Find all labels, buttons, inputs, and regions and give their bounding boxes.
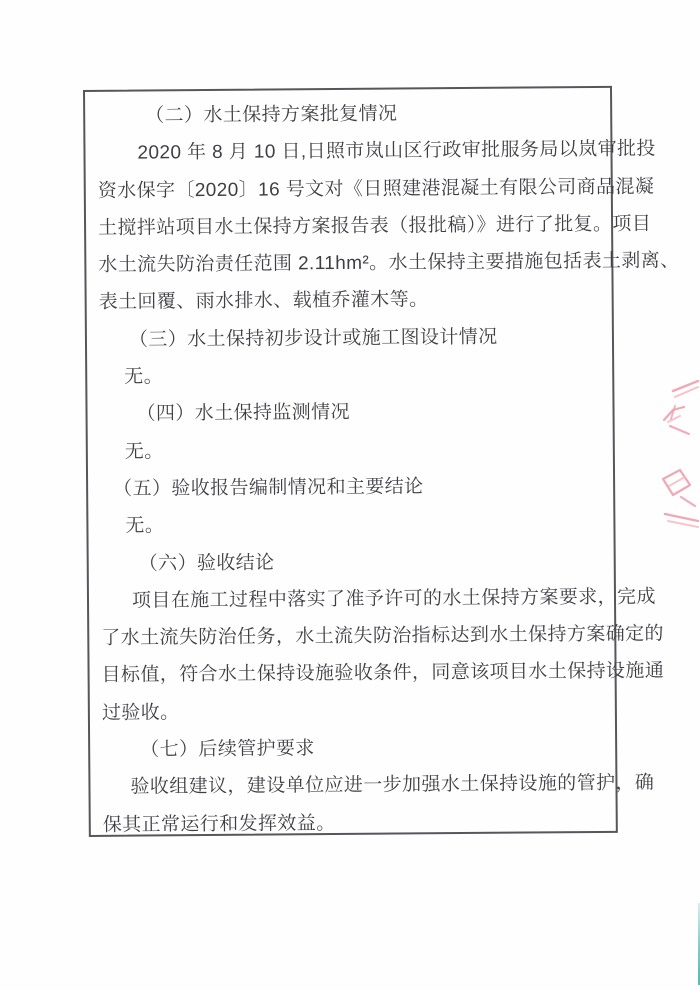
red-seal-edge-icon (645, 375, 700, 535)
approval-paragraph-line: 表土回覆、雨水排水、载植乔灌木等。 (99, 280, 600, 321)
section-7-heading: （七）后续管护要求 (140, 728, 603, 769)
section-6-heading: （六）验收结论 (139, 542, 602, 583)
document-border-box: （二）水土保持方案批复情况 2020 年 8 月 10 日,日照市岚山区行政审批… (83, 86, 618, 837)
section-2-heading: （二）水土保持方案批复情况 (145, 94, 598, 135)
section-5-heading: （五）验收报告编制情况和主要结论 (113, 467, 601, 508)
conclusion-paragraph-line: 了水土流失防治任务，水土流失防治指标达到水土保持方案确定的 (101, 616, 602, 657)
none-text: 无。 (124, 355, 600, 396)
none-text: 无。 (125, 504, 601, 545)
scanned-document-page: （二）水土保持方案批复情况 2020 年 8 月 10 日,日照市岚山区行政审批… (0, 0, 700, 990)
section-3-heading: （三）水土保持初步设计或施工图设计情况 (129, 318, 600, 359)
approval-paragraph-line: 水土流失防治责任范围 2.11hm²。水土保持主要措施包括表土剥离、 (98, 243, 599, 284)
section-4-heading: （四）水土保持监测情况 (136, 392, 600, 433)
conclusion-paragraph-line: 目标值，符合水土保持设施验收条件，同意该项目水土保持设施通 (101, 653, 602, 694)
approval-paragraph-line: 土搅拌站项目水土保持方案报告表（报批稿）》进行了批复。项目 (98, 206, 599, 247)
maintenance-paragraph-line: 验收组建议，建设单位应进一步加强水土保持设施的管护，确 (130, 765, 603, 806)
approval-paragraph-line: 2020 年 8 月 10 日,日照市岚山区行政审批服务局以岚审批投 (137, 131, 598, 172)
approval-paragraph-line: 资水保字〔2020〕16 号文对《日照建港混凝土有限公司商品混凝 (98, 169, 599, 210)
none-text: 无。 (125, 430, 601, 471)
conclusion-paragraph-line: 项目在施工过程中落实了准予许可的水土保持方案要求，完成 (132, 579, 602, 620)
maintenance-paragraph-line: 保其正常运行和发挥效益。 (103, 803, 604, 844)
conclusion-paragraph-line: 过验收。 (102, 691, 603, 732)
